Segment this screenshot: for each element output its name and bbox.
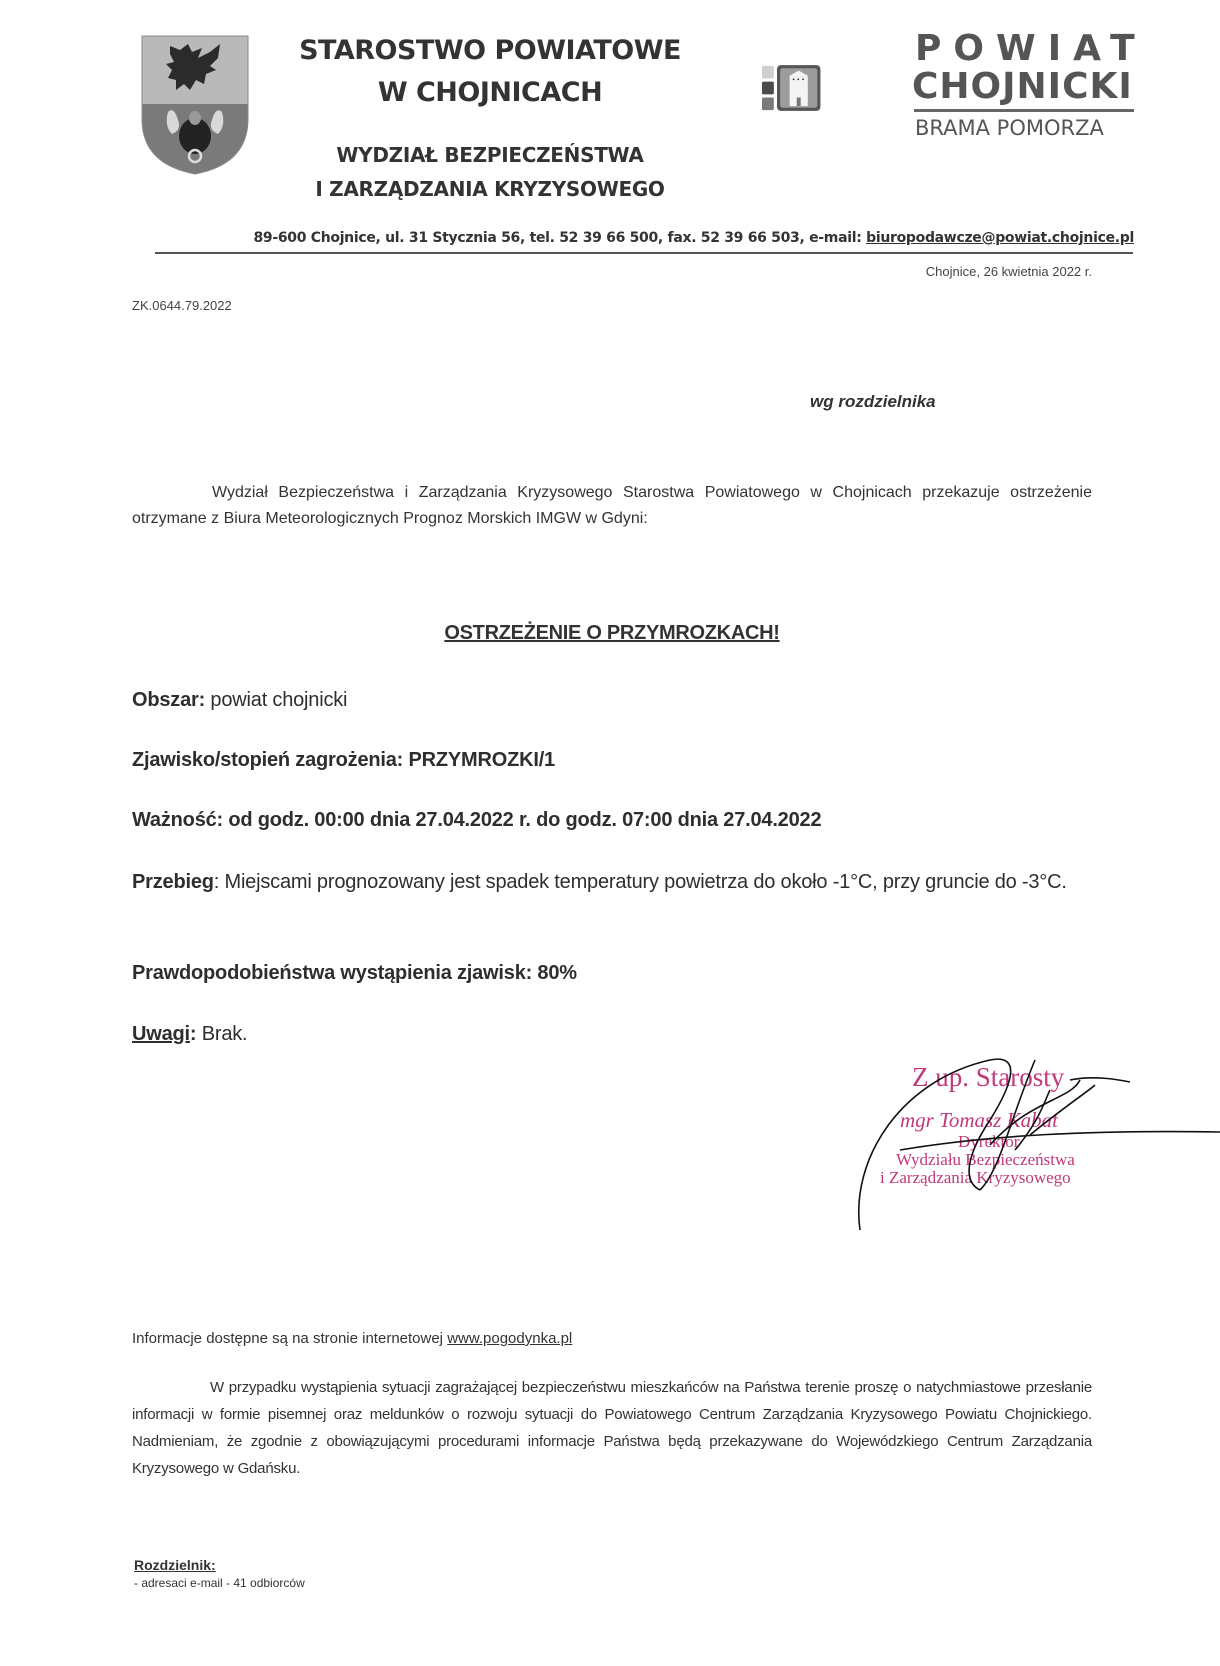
- area-label: Obszar:: [132, 689, 205, 711]
- field-phenomenon: Zjawisko/stopień zagrożenia: PRZYMROZKI/…: [132, 744, 1092, 776]
- probability-label: Prawdopodobieństwa wystąpienia zjawisk: …: [132, 962, 577, 984]
- notice-text: W przypadku wystąpienia sytuacji zagraża…: [132, 1379, 1092, 1477]
- intro-paragraph: Wydział Bezpieczeństwa i Zarządzania Kry…: [132, 480, 1092, 532]
- warning-title: OSTRZEŻENIE O PRZYMROZKACH!: [132, 622, 1092, 645]
- area-value: powiat chojnicki: [205, 689, 347, 711]
- office-name-line2: W CHOJNICACH: [260, 72, 720, 114]
- logo-divider: [914, 109, 1134, 112]
- office-name: STAROSTWO POWIATOWE W CHOJNICACH: [260, 30, 720, 114]
- pogodynka-link[interactable]: www.pogodynka.pl: [447, 1330, 572, 1347]
- department-name-line1: WYDZIAŁ BEZPIECZEŃSTWA: [260, 138, 720, 172]
- course-label: Przebieg: [132, 871, 214, 893]
- field-area: Obszar: powiat chojnicki: [132, 684, 1092, 716]
- distribution-title: Rozdzielnik:: [134, 1557, 216, 1573]
- coat-of-arms-icon: [140, 34, 250, 176]
- field-course: Przebieg: Miejscami prognozowany jest sp…: [132, 866, 1092, 898]
- reference-number: ZK.0644.79.2022: [132, 298, 232, 313]
- logo-text-chojnicki: CHOJNICKI: [912, 66, 1133, 108]
- info-line: Informacje dostępne są na stronie intern…: [132, 1330, 572, 1347]
- recipient: wg rozdzielnika: [810, 392, 936, 412]
- header-divider: [155, 252, 1133, 254]
- department-name: WYDZIAŁ BEZPIECZEŃSTWA I ZARZĄDZANIA KRY…: [260, 138, 720, 206]
- field-probability: Prawdopodobieństwa wystąpienia zjawisk: …: [132, 957, 1092, 989]
- department-name-line2: I ZARZĄDZANIA KRYZYSOWEGO: [260, 172, 720, 206]
- distribution-item: - adresaci e-mail - 41 odbiorców: [134, 1576, 305, 1590]
- remarks-label: Uwagi: [132, 1023, 190, 1045]
- course-value: : Miejscami prognozowany jest spadek tem…: [214, 871, 1067, 893]
- intro-text: Wydział Bezpieczeństwa i Zarządzania Kry…: [132, 484, 1092, 527]
- field-validity: Ważność: od godz. 00:00 dnia 27.04.2022 …: [132, 804, 1092, 836]
- logo-text-powiat: POWIAT: [915, 28, 1147, 70]
- phenomenon-label: Zjawisko/stopień zagrożenia: PRZYMROZKI/…: [132, 749, 555, 771]
- gate-tower-icon: [762, 30, 912, 146]
- notice-paragraph: W przypadku wystąpienia sytuacji zagraża…: [132, 1374, 1092, 1482]
- handwritten-signature-icon: [840, 1040, 1220, 1240]
- validity-label: Ważność: od godz. 00:00 dnia 27.04.2022 …: [132, 809, 821, 831]
- remarks-value: Brak.: [196, 1023, 247, 1045]
- email-link[interactable]: biuropodawcze@powiat.chojnice.pl: [866, 230, 1134, 246]
- address-text: 89-600 Chojnice, ul. 31 Stycznia 56, tel…: [253, 230, 866, 246]
- info-text: Informacje dostępne są na stronie intern…: [132, 1330, 447, 1347]
- place-and-date: Chojnice, 26 kwietnia 2022 r.: [700, 264, 1092, 279]
- office-name-line1: STAROSTWO POWIATOWE: [260, 30, 720, 72]
- contact-address: 89-600 Chojnice, ul. 31 Stycznia 56, tel…: [100, 230, 1134, 246]
- logo-text-brama-pomorza: BRAMA POMORZA: [915, 113, 1104, 143]
